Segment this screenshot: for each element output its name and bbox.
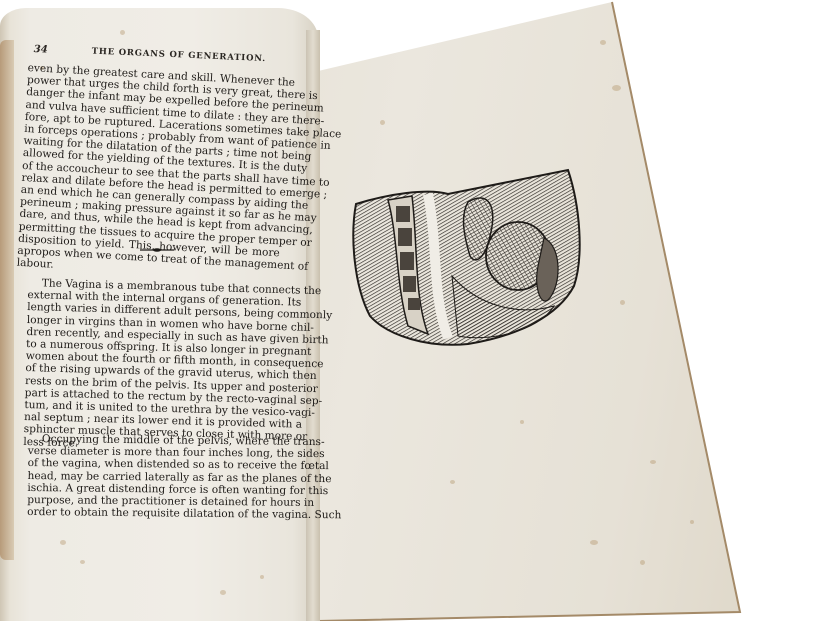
paragraph-vagina: The Vagina is a membranous tube that con…	[23, 277, 290, 455]
anatomical-illustration	[348, 166, 584, 350]
paragraph-pelvis: Occupying the middle of the pelvis, wher…	[27, 433, 290, 521]
page-number: 34	[34, 44, 48, 56]
section-divider-ornament	[140, 248, 174, 252]
open-book: 34 THE ORGANS OF GENERATION. even by the…	[0, 0, 828, 621]
page-block-edge	[0, 40, 14, 560]
